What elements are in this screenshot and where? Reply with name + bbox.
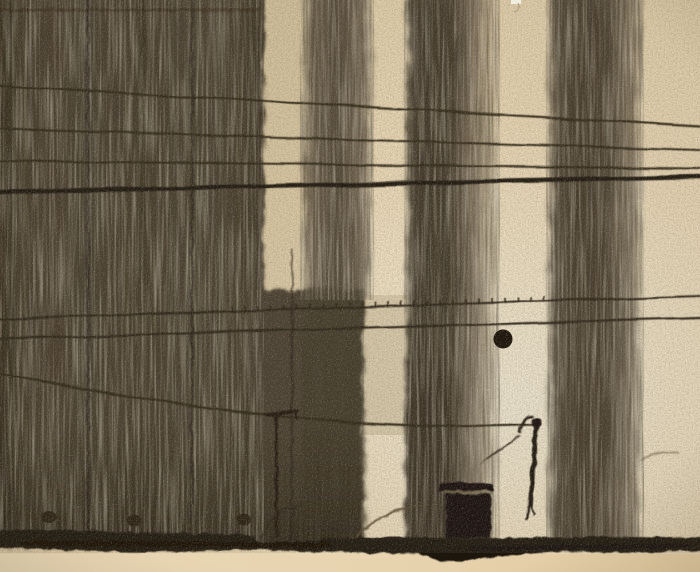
artwork-drawing	[0, 0, 700, 572]
vignette-overlay	[0, 0, 700, 572]
artwork-photo	[0, 0, 700, 572]
